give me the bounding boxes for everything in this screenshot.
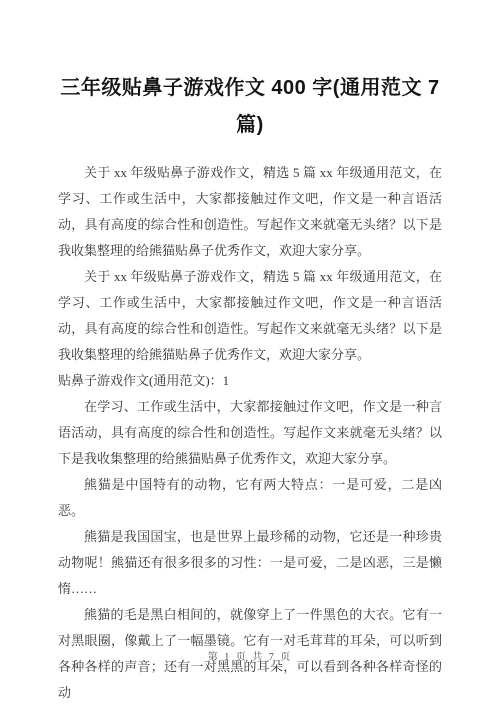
document-page: 三年级贴鼻子游戏作文 400 字(通用范文 7 篇) 关于 xx 年级贴鼻子游戏… [0,0,500,707]
body-paragraph: 关于 xx 年级贴鼻子游戏作文，精选 5 篇 xx 年级通用范文，在学习、工作或… [58,264,442,368]
body-paragraph: 关于 xx 年级贴鼻子游戏作文，精选 5 篇 xx 年级通用范文，在学习、工作或… [58,160,442,264]
body-paragraph: 熊猫是我国国宝，也是世界上最珍稀的动物，它还是一种珍贵动物呢！熊猫还有很多很多的… [58,524,442,602]
section-heading: 贴鼻子游戏作文(通用范文)：1 [58,368,442,394]
body-paragraph: 在学习、工作或生活中，大家都接触过作文吧，作文是一种言语活动，具有高度的综合性和… [58,394,442,472]
document-title: 三年级贴鼻子游戏作文 400 字(通用范文 7 篇) [58,70,442,144]
page-number-footer: 第 1 页 共 7 页 [0,650,500,666]
body-paragraph: 熊猫是中国特有的动物，它有两大特点：一是可爱，二是凶恶。 [58,472,442,524]
document-body: 关于 xx 年级贴鼻子游戏作文，精选 5 篇 xx 年级通用范文，在学习、工作或… [58,160,442,706]
document-content: 三年级贴鼻子游戏作文 400 字(通用范文 7 篇) 关于 xx 年级贴鼻子游戏… [0,0,500,706]
